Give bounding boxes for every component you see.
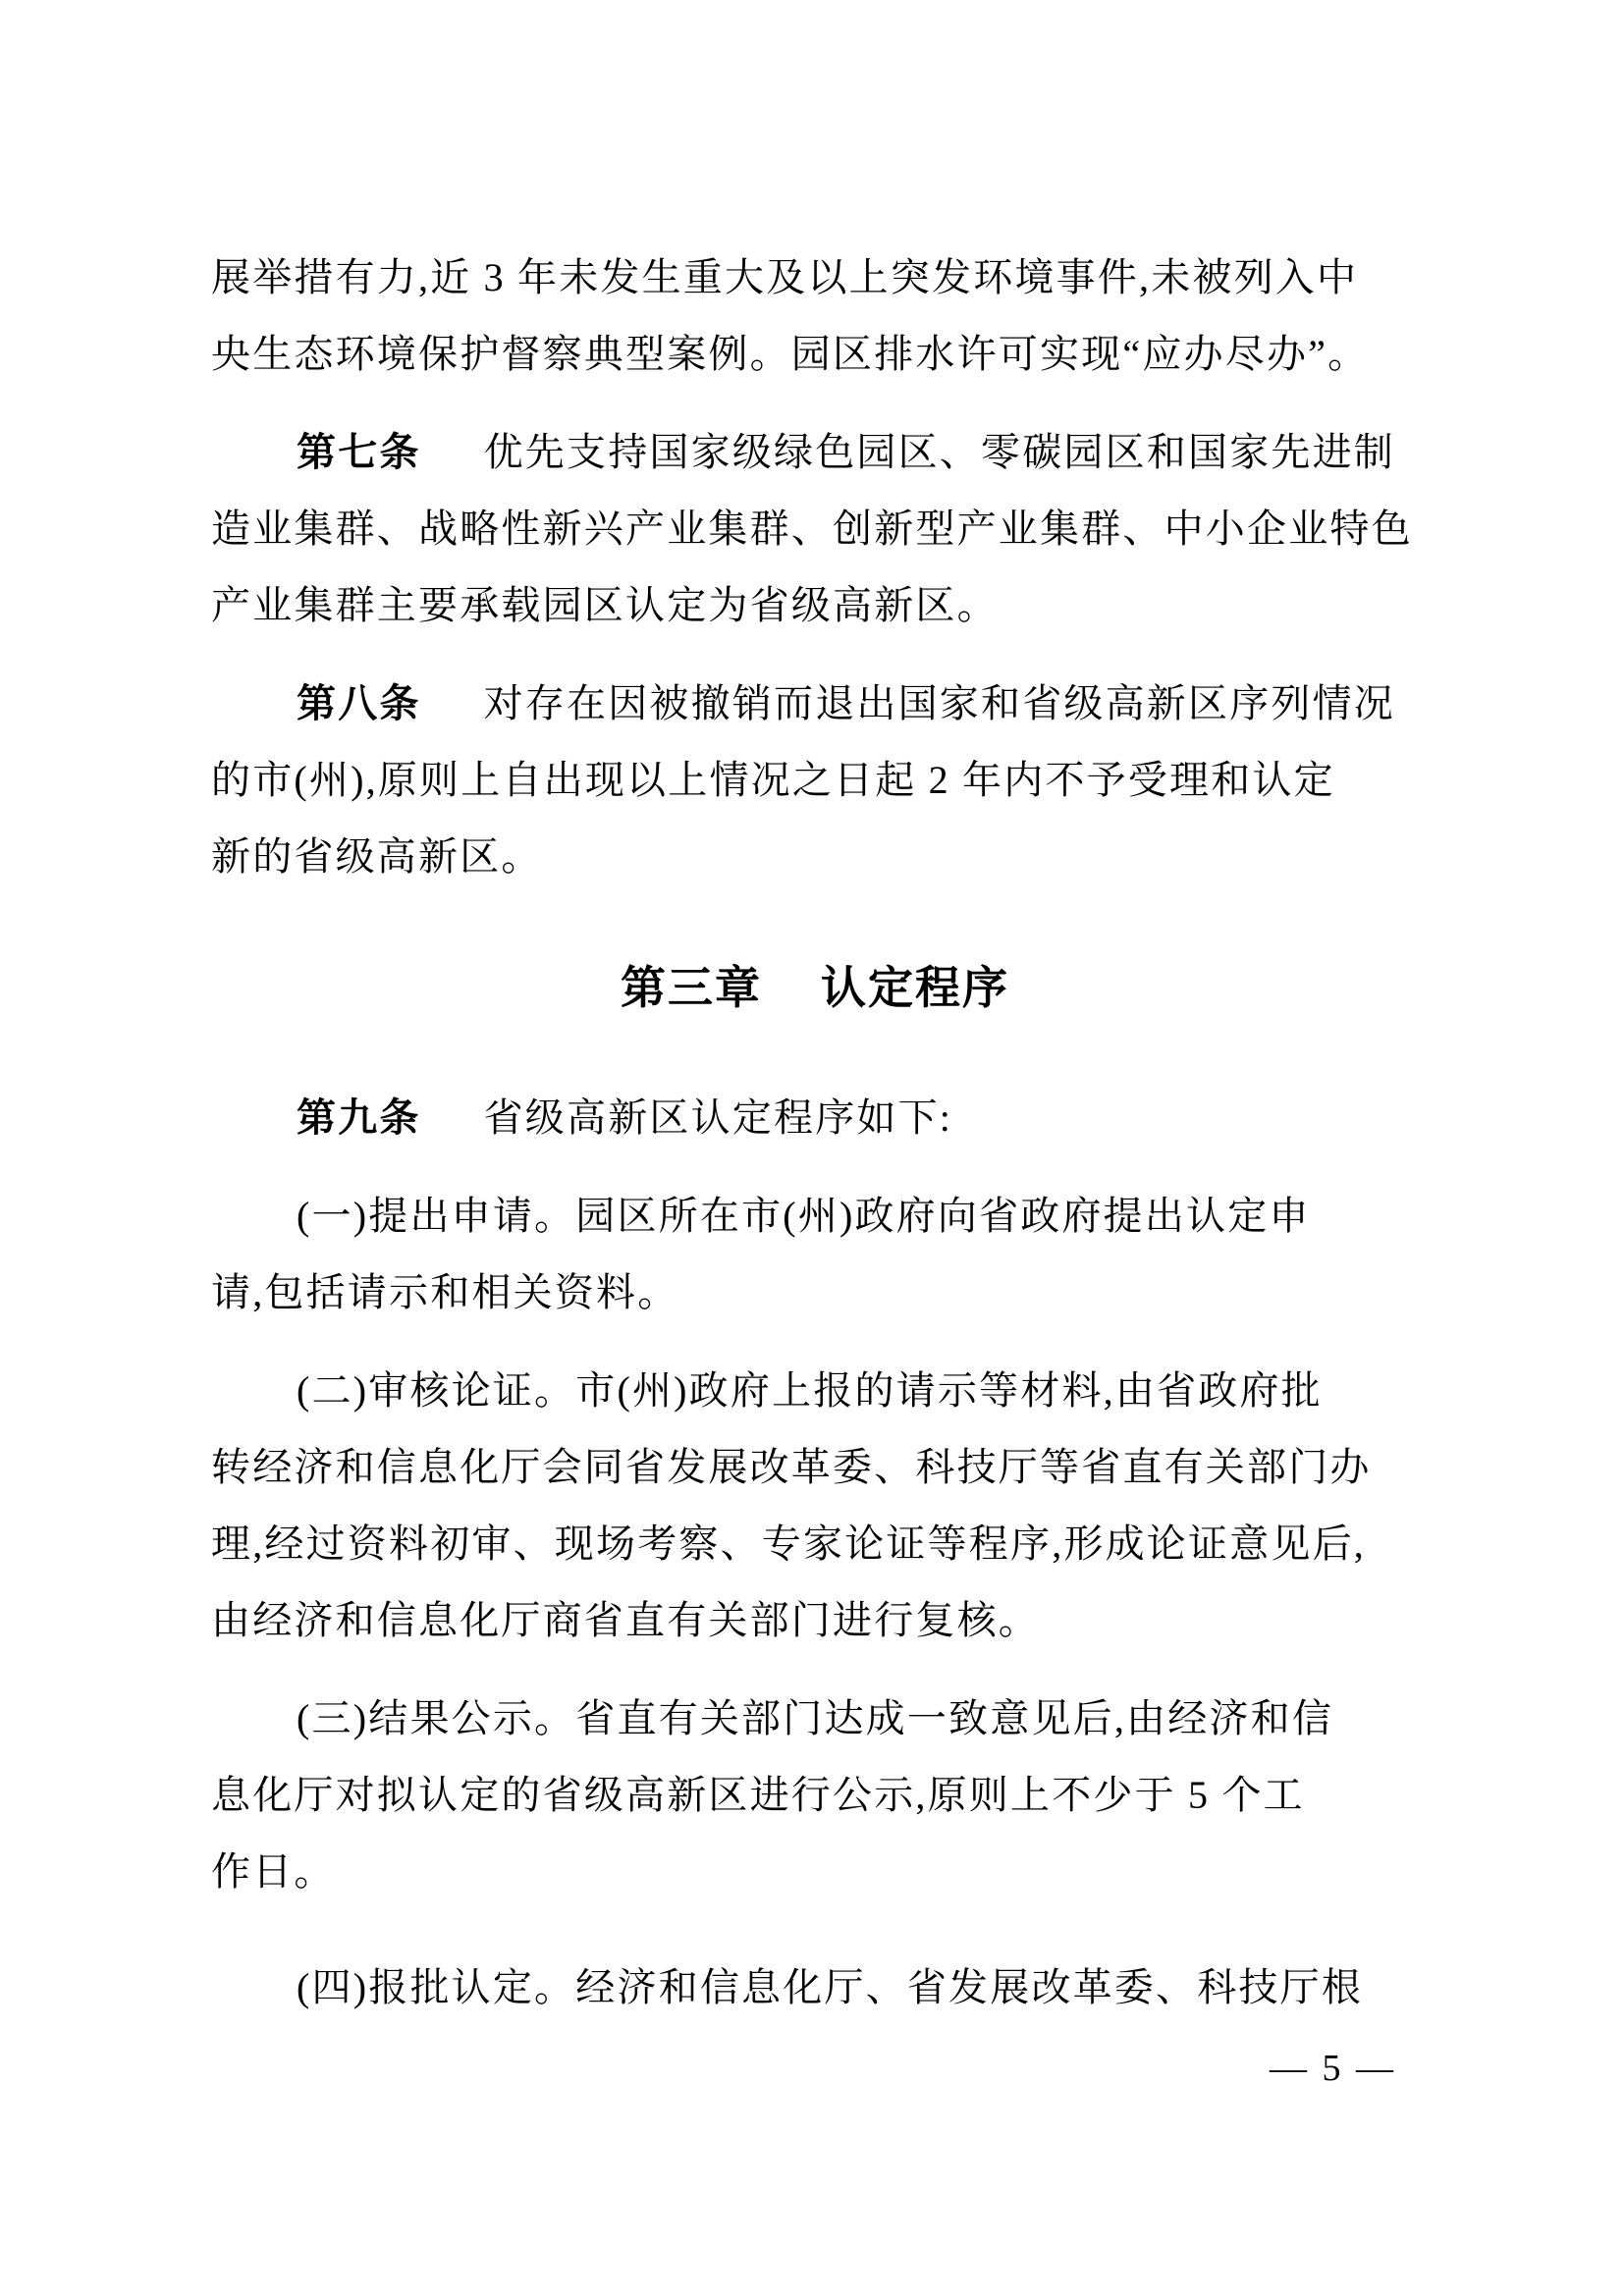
item-2-paragraph: (二)审核论证。市(州)政府上报的请示等材料,由省政府批 转经济和信息化厅会同省… [211, 1353, 1419, 1659]
article-9-label: 第九条 [297, 1096, 421, 1140]
article-8-label: 第八条 [297, 682, 421, 725]
item-1-paragraph: (一)提出申请。园区所在市(州)政府向省政府提出认定申 请,包括请示和相关资料。 [211, 1178, 1419, 1331]
paragraph-text: (二)审核论证。市(州)政府上报的请示等材料,由省政府批 转经济和信息化厅会同省… [211, 1368, 1372, 1642]
item-3-paragraph: (三)结果公示。省直有关部门达成一致意见后,由经济和信 息化厅对拟认定的省级高新… [211, 1681, 1419, 1910]
chapter-title: 认定程序 [821, 962, 1009, 1013]
paragraph-text: 展举措有力,近 3 年未发生重大及以上突发环境事件,未被列入中 央生态环境保护督… [211, 255, 1369, 376]
continued-paragraph: 展举措有力,近 3 年未发生重大及以上突发环境事件,未被列入中 央生态环境保护督… [211, 240, 1419, 393]
article-7-label: 第七条 [297, 431, 421, 474]
item-4-paragraph: (四)报批认定。经济和信息化厅、省发展改革委、科技厅根 [211, 1949, 1419, 2026]
paragraph-text: 省级高新区认定程序如下: [484, 1095, 953, 1140]
chapter-number: 第三章 [621, 962, 762, 1013]
article-9-paragraph: 第九条省级高新区认定程序如下: [211, 1080, 1419, 1156]
paragraph-text: (一)提出申请。园区所在市(州)政府向省政府提出认定申 请,包括请示和相关资料。 [211, 1194, 1311, 1314]
chapter-3-heading: 第三章认定程序 [211, 948, 1419, 1027]
document-body: 展举措有力,近 3 年未发生重大及以上突发环境事件,未被列入中 央生态环境保护督… [211, 240, 1419, 2048]
article-8-paragraph: 第八条对存在因被撤销而退出国家和省级高新区序列情况 的市(州),原则上自出现以上… [211, 666, 1419, 895]
page-number: — 5 — [1270, 2048, 1396, 2089]
paragraph-text: (三)结果公示。省直有关部门达成一致意见后,由经济和信 息化厅对拟认定的省级高新… [211, 1696, 1333, 1894]
paragraph-text: (四)报批认定。经济和信息化厅、省发展改革委、科技厅根 [297, 1965, 1363, 2009]
document-page: 展举措有力,近 3 年未发生重大及以上突发环境事件,未被列入中 央生态环境保护督… [0, 0, 1624, 2296]
article-7-paragraph: 第七条优先支持国家级绿色园区、零碳园区和国家先进制 造业集群、战略性新兴产业集群… [211, 414, 1419, 644]
